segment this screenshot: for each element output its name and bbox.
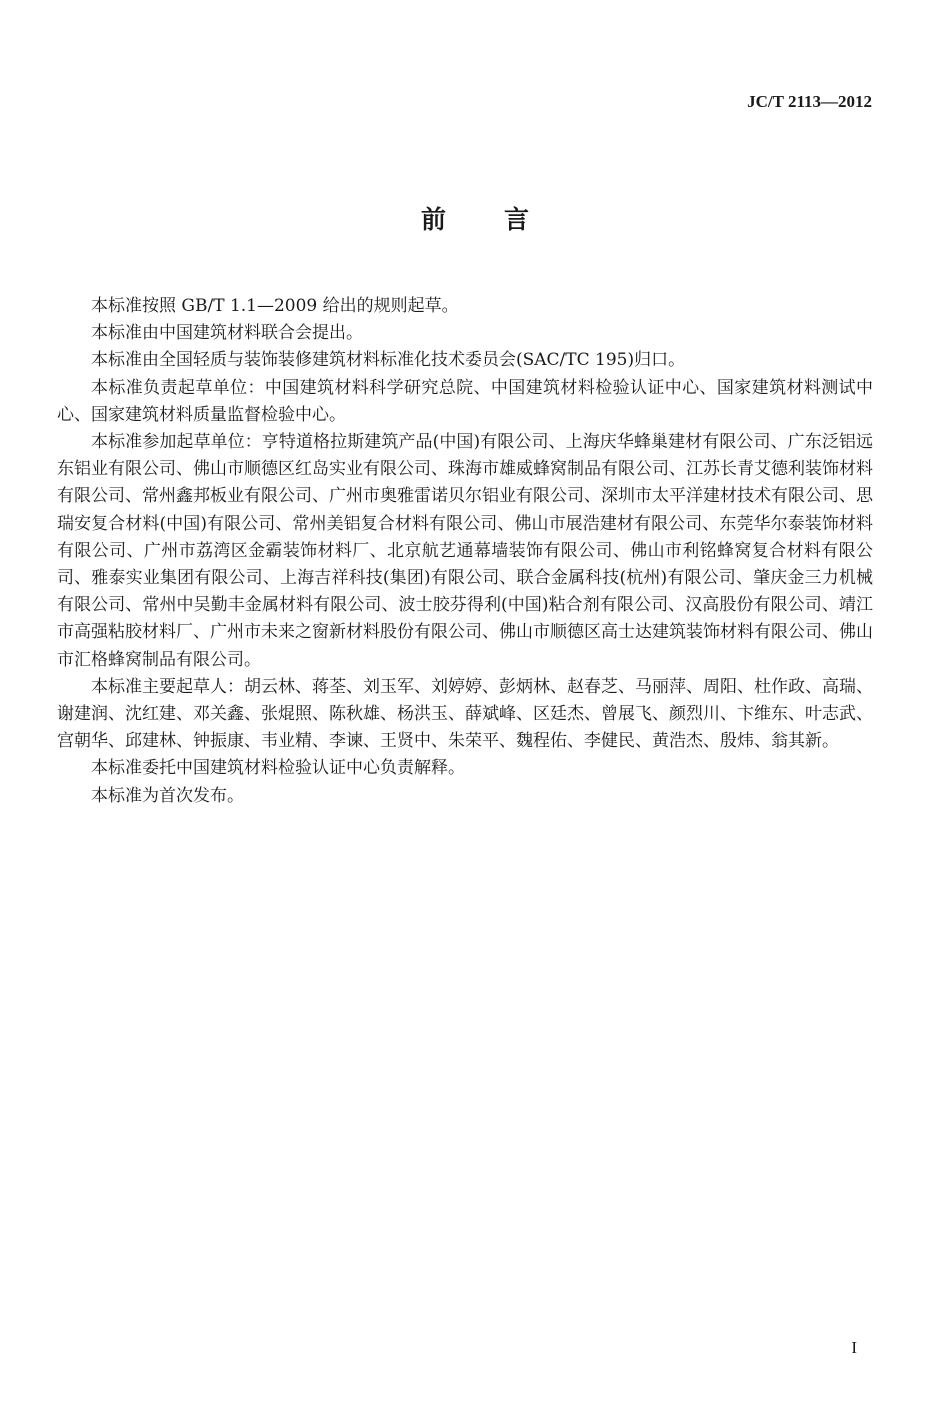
paragraph-responsible-units: 本标准负责起草单位：中国建筑材料科学研究总院、中国建筑材料检验认证中心、国家建筑… (57, 375, 873, 429)
paragraph-main-drafters: 本标准主要起草人：胡云林、蒋荃、刘玉军、刘婷婷、彭炳林、赵春芝、马丽萍、周阳、杜… (57, 674, 873, 756)
paragraph-interpretation: 本标准委托中国建筑材料检验认证中心负责解释。 (57, 755, 873, 782)
foreword-body: 本标准按照 GB/T 1.1—2009 给出的规则起草。 本标准由中国建筑材料联… (57, 293, 873, 810)
paragraph-proposer: 本标准由中国建筑材料联合会提出。 (57, 320, 873, 347)
paragraph-participating-units: 本标准参加起草单位：亨特道格拉斯建筑产品(中国)有限公司、上海庆华蜂巢建材有限公… (57, 429, 873, 674)
paragraph-first-release: 本标准为首次发布。 (57, 783, 873, 810)
standard-code: JC/T 2113—2012 (747, 92, 872, 112)
paragraph-jurisdiction: 本标准由全国轻质与装饰装修建筑材料标准化技术委员会(SAC/TC 195)归口。 (57, 347, 873, 374)
paragraph-drafting-rules: 本标准按照 GB/T 1.1—2009 给出的规则起草。 (57, 293, 873, 320)
page-title: 前言 (0, 200, 950, 236)
page-number: I (851, 1338, 857, 1358)
